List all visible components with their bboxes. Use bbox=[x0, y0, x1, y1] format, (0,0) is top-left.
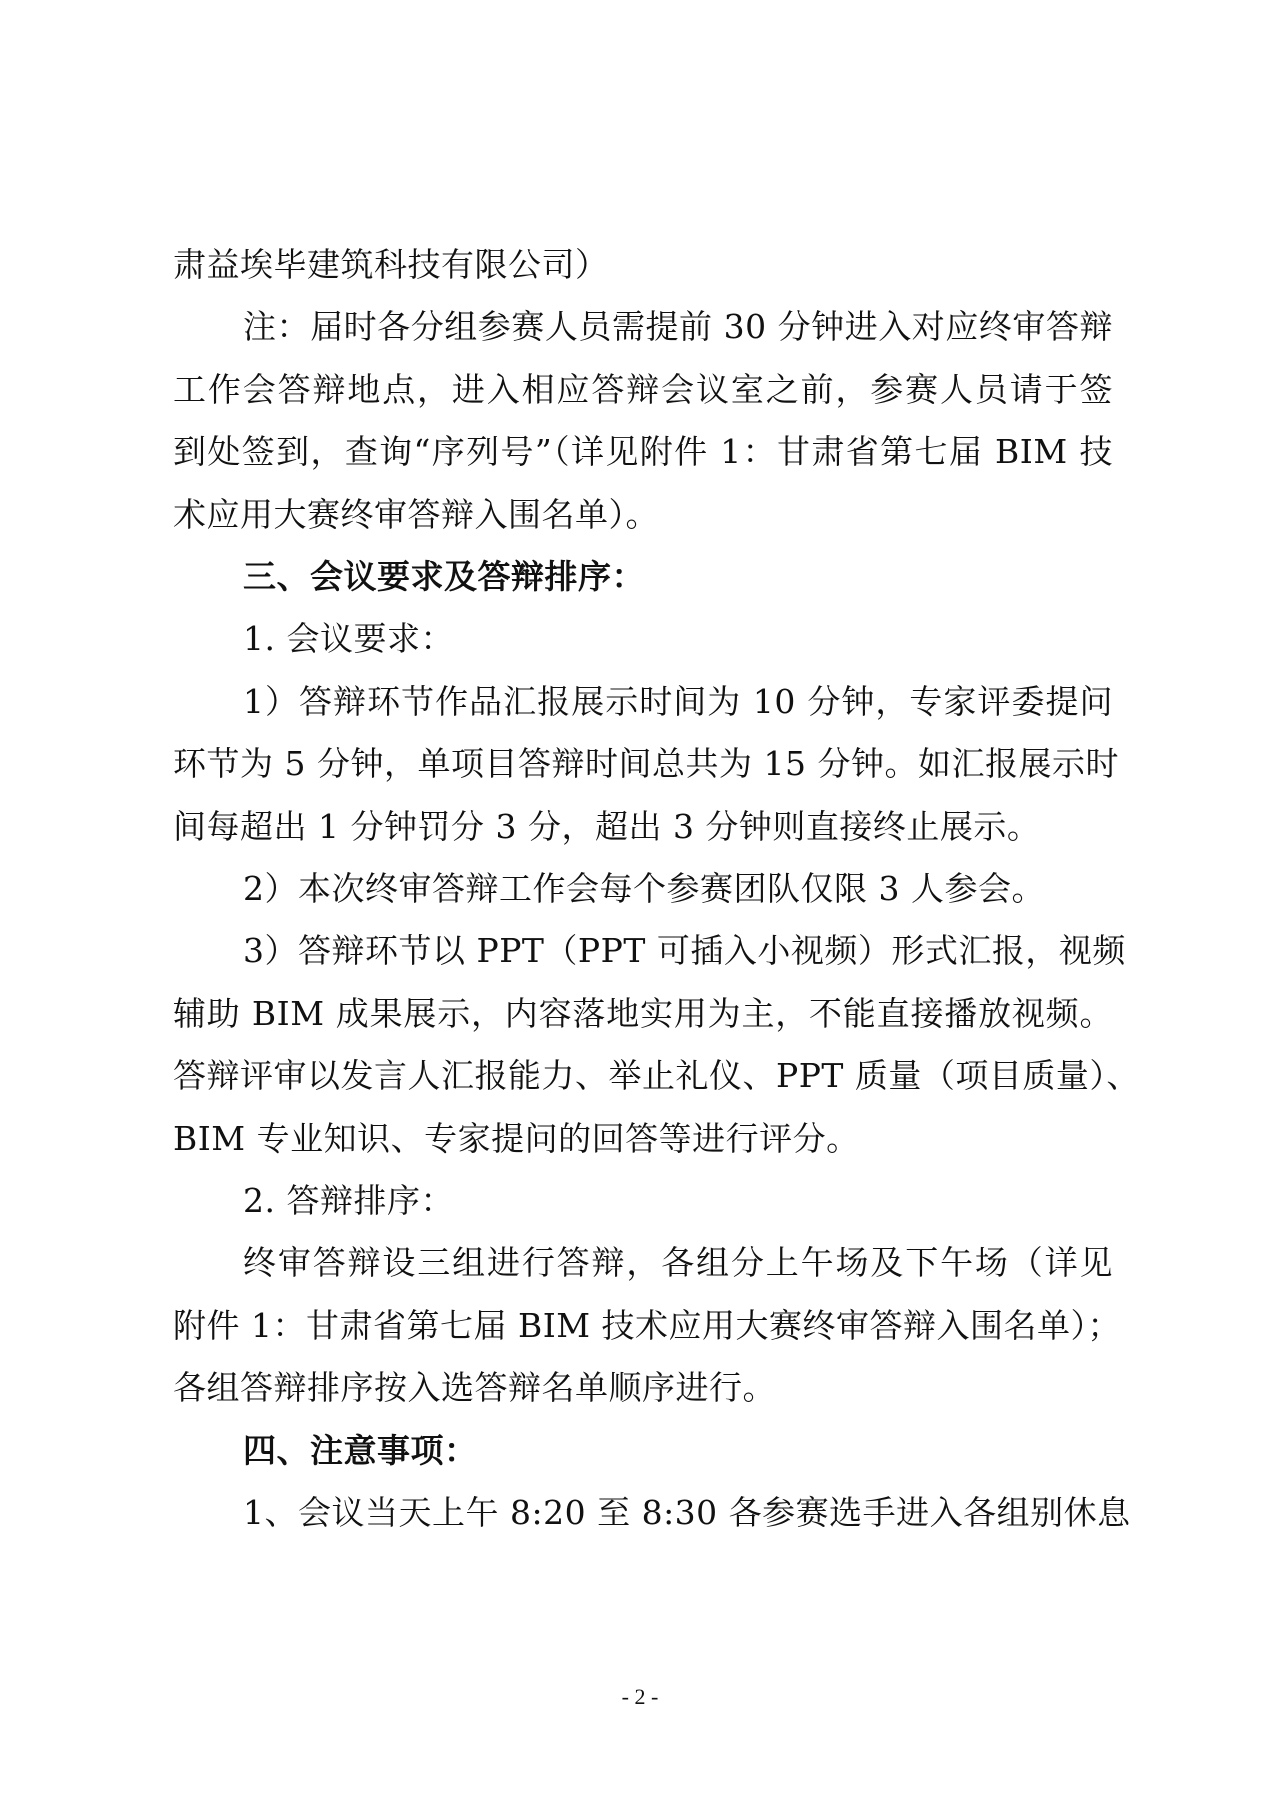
text-line: 附件 1：甘肃省第七届 BIM 技术应用大赛终审答辩入围名单）； bbox=[173, 1304, 1113, 1348]
document-page: 肃益埃毕建筑科技有限公司） 注：届时各分组参赛人员需提前 30 分钟进入对应终审… bbox=[0, 0, 1280, 1810]
text-line: 辅助 BIM 成果展示，内容落地实用为主，不能直接播放视频。 bbox=[173, 992, 1113, 1036]
subheading-defense-order: 2. 答辩排序： bbox=[243, 1179, 1113, 1223]
page-number: - 2 - bbox=[0, 1682, 1280, 1712]
section-heading-3: 三、会议要求及答辩排序： bbox=[243, 555, 1113, 599]
text-line: 间每超出 1 分钟罚分 3 分，超出 3 分钟则直接终止展示。 bbox=[173, 805, 1113, 849]
text-line: 工作会答辩地点，进入相应答辩会议室之前，参赛人员请于签 bbox=[173, 368, 1113, 412]
text-line-item-3: 3）答辩环节以 PPT（PPT 可插入小视频）形式汇报，视频 bbox=[243, 929, 1113, 973]
subheading-meeting-requirements: 1. 会议要求： bbox=[243, 617, 1113, 661]
text-line: 到处签到，查询“序列号”（详见附件 1：甘肃省第七届 BIM 技 bbox=[173, 430, 1113, 474]
text-line-continuation: 肃益埃毕建筑科技有限公司） bbox=[173, 243, 1113, 287]
text-line-item-2: 2）本次终审答辩工作会每个参赛团队仅限 3 人参会。 bbox=[243, 867, 1113, 911]
text-line-item-1: 1）答辩环节作品汇报展示时间为 10 分钟，专家评委提问 bbox=[243, 680, 1113, 724]
text-line: 各组答辩排序按入选答辩名单顺序进行。 bbox=[173, 1366, 1113, 1410]
text-line-note: 注：届时各分组参赛人员需提前 30 分钟进入对应终审答辩 bbox=[243, 305, 1113, 349]
text-line: 终审答辩设三组进行答辩，各组分上午场及下午场（详见 bbox=[243, 1241, 1113, 1285]
text-line-notice-1: 1、会议当天上午 8:20 至 8:30 各参赛选手进入各组别休息 bbox=[243, 1491, 1113, 1535]
text-line: BIM 专业知识、专家提问的回答等进行评分。 bbox=[173, 1117, 1113, 1161]
text-line: 术应用大赛终审答辩入围名单）。 bbox=[173, 493, 1113, 537]
section-heading-4: 四、注意事项： bbox=[243, 1429, 1113, 1473]
text-line: 环节为 5 分钟，单项目答辩时间总共为 15 分钟。如汇报展示时 bbox=[173, 742, 1113, 786]
text-line: 答辩评审以发言人汇报能力、举止礼仪、PPT 质量（项目质量）、 bbox=[173, 1054, 1113, 1098]
